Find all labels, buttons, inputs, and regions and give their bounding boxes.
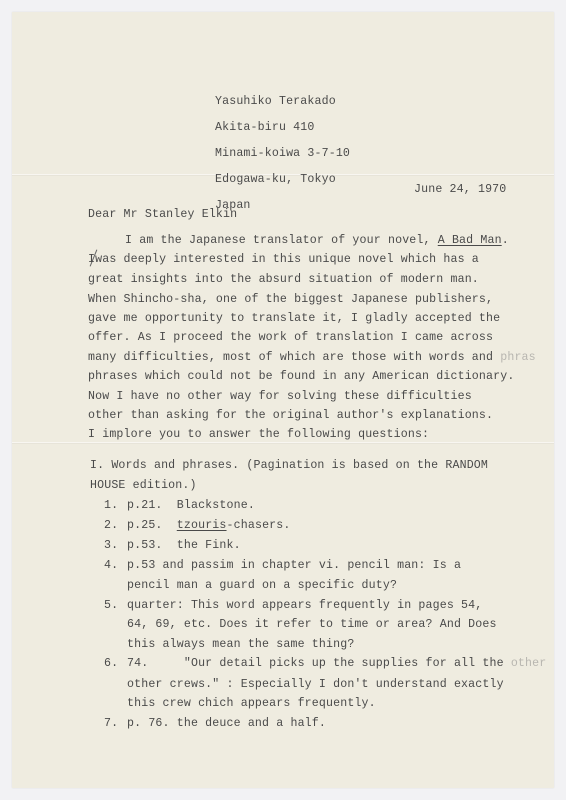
body-text: I am the Japanese translator of your nov… [125,234,438,247]
body-line: Now I have no other way for solving thes… [88,391,472,403]
novel-title: A Bad Man [438,234,502,247]
item-text: p.25. tzouris-chasers. [127,520,291,532]
item-text: p.53. the Fink. [127,540,241,552]
body-line: offer. As I proceed the work of translat… [88,332,493,344]
item-number: 2. [104,520,118,532]
item-text-part: 74. "Our detail picks up the supplies fo… [127,657,511,670]
body-line: other than asking for the original autho… [88,410,493,422]
item-text: p. 76. the deuce and a half. [127,718,326,730]
body-line: gave me opportunity to translate it, I g… [88,313,500,325]
item-text-cont: 64, 69, etc. Does it refer to time or ar… [127,619,497,631]
faded-text: phras [500,351,536,364]
body-line: When Shincho-sha, one of the biggest Jap… [88,294,493,306]
body-line: Iwas deeply interested in this unique no… [88,254,479,266]
item-text: 74. "Our detail picks up the supplies fo… [127,658,546,670]
body-text: many difficulties, most of which are tho… [88,351,500,364]
item-number: 1. [104,500,118,512]
item-text-part: -chasers. [227,519,291,532]
sender-name: Yasuhiko Terakado [215,96,336,108]
item-number: 5. [104,600,118,612]
salutation: Dear Mr Stanley Elkin [88,209,237,221]
body-text: . [502,234,509,247]
sender-address-line: Edogawa-ku, Tokyo [215,174,336,186]
item-text: quarter: This word appears frequently in… [127,600,482,612]
body-line: great insights into the absurd situation… [88,274,479,286]
item-text-cont: pencil man a guard on a specific duty? [127,580,397,592]
paper-fold-line [12,442,554,443]
item-number: 4. [104,560,118,572]
section-heading: I. Words and phrases. (Pagination is bas… [90,460,488,472]
section-heading-cont: HOUSE edition.) [90,480,197,492]
item-text-cont: other crews." : Especially I don't under… [127,679,504,691]
item-text-cont: this always mean the same thing? [127,639,354,651]
item-text: p.21. Blackstone. [127,500,255,512]
item-number: 7. [104,718,118,730]
item-text-part: p.25. [127,519,177,532]
item-text-cont: this crew chich appears frequently. [127,698,376,710]
sender-address-line: Minami-koiwa 3-7-10 [215,148,350,160]
body-line: I implore you to answer the following qu… [88,429,429,441]
letter-date: June 24, 1970 [414,184,506,196]
body-line: I am the Japanese translator of your nov… [125,235,509,247]
sender-address-line: Akita-biru 410 [215,122,315,134]
item-number: 6. [104,658,118,670]
underlined-term: tzouris [177,519,227,532]
body-line: many difficulties, most of which are tho… [88,352,536,364]
body-line: phrases which could not be found in any … [88,371,514,383]
item-text: p.53 and passim in chapter vi. pencil ma… [127,560,461,572]
item-number: 3. [104,540,118,552]
faded-text: other [511,657,547,670]
